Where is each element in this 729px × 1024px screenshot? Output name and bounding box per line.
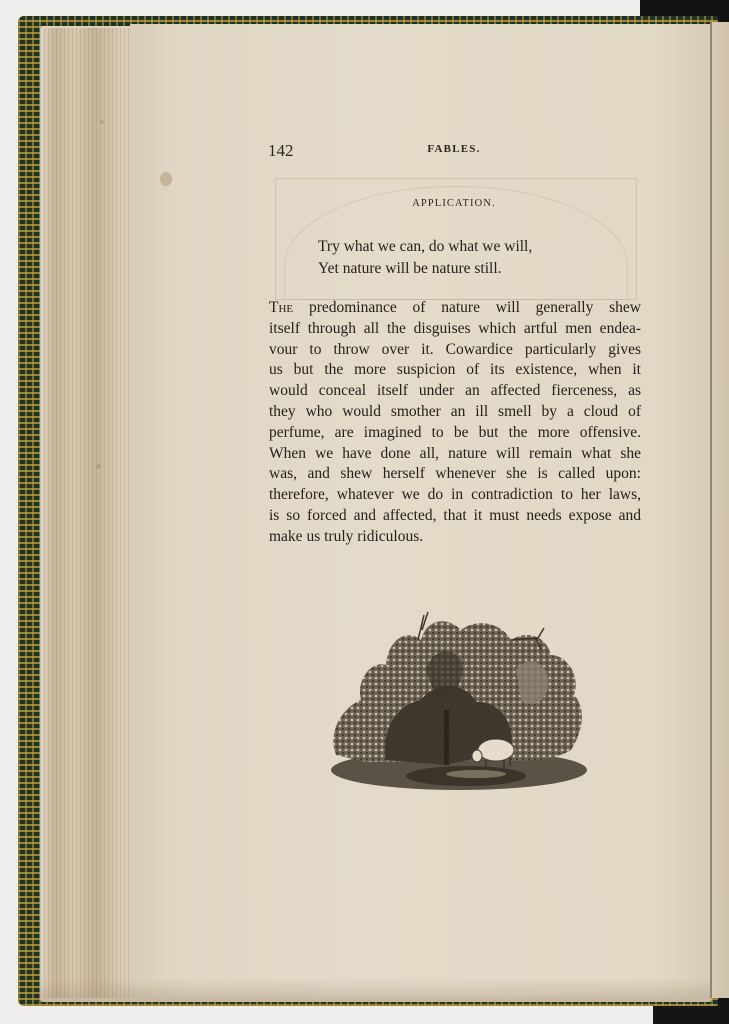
page-bottom-stain — [40, 978, 712, 1002]
facing-page-edge — [710, 22, 729, 998]
epigraph-line: Try what we can, do what we will, — [318, 236, 648, 258]
running-head: 142 FABLES. — [268, 141, 640, 161]
body-paragraph: The predominance of nature will generall… — [269, 298, 641, 548]
body-line: was, and shew herself whenever she is ca… — [269, 464, 641, 485]
epigraph: Try what we can, do what we will, Yet na… — [318, 236, 648, 280]
foxing-spot — [96, 464, 101, 469]
body-line: would conceal itself under an affected f… — [269, 381, 641, 402]
foxing-spot — [160, 172, 172, 186]
body-line: vour to throw over it. Cowardice particu… — [269, 340, 641, 361]
running-title: FABLES. — [268, 143, 640, 155]
body-line: they who would smother an ill smell by a… — [269, 402, 641, 423]
body-line: is so forced and affected, that it must … — [269, 506, 641, 527]
body-line: When we have done all, nature will remai… — [269, 444, 641, 465]
body-line: us but the more suspicion of its existen… — [269, 360, 641, 381]
body-line: itself through all the disguises which a… — [269, 319, 641, 340]
section-heading: APPLICATION. — [268, 198, 640, 209]
body-line: therefore, whatever we do in contradicti… — [269, 485, 641, 506]
page-edge-stack — [40, 28, 140, 998]
woodcut-vignette-icon — [326, 610, 592, 795]
body-line: The predominance of nature will generall… — [269, 298, 641, 319]
body-line: perfume, are imagined to be but the more… — [269, 423, 641, 444]
foxing-spot — [100, 120, 104, 124]
body-line: make us truly ridiculous. — [269, 527, 641, 548]
epigraph-line: Yet nature will be nature still. — [318, 258, 648, 280]
drop-word: The — [269, 299, 293, 316]
